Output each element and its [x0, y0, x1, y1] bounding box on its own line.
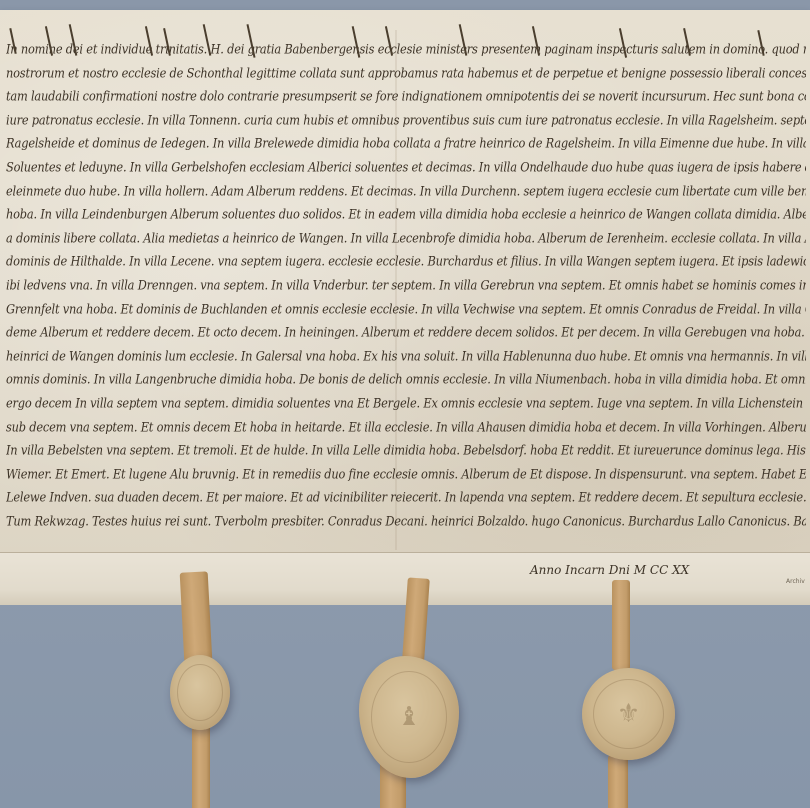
right-seal-strap — [612, 580, 630, 670]
charter-text-block: In nomine dei et individue trinitatis. H… — [6, 24, 806, 533]
charter-parchment: In nomine dei et individue trinitatis. H… — [0, 10, 810, 594]
left-wax-seal — [170, 655, 230, 730]
charter-line: Tum Rekwzag. Testes huius rei sunt. Tver… — [6, 508, 806, 535]
elongated-ascenders — [0, 20, 810, 60]
archive-mark: Archiv — [786, 578, 805, 585]
right-seal-strap-lower — [608, 755, 628, 808]
left-seal-strap — [180, 571, 213, 662]
charter-line: ergo decem In villa septem vna septem. d… — [6, 390, 806, 417]
right-wax-seal: ⚜ — [582, 668, 675, 760]
bishop-figure-icon: ♝ — [397, 702, 420, 732]
parchment-fold-plica — [0, 552, 810, 605]
left-seal-strap-lower — [192, 720, 210, 808]
dating-clause: Anno Incarn Dni M CC XX — [530, 563, 689, 577]
eagle-icon: ⚜ — [617, 699, 640, 729]
charter-line: ibi ledvens vna. In villa Drenngen. vna … — [6, 272, 806, 299]
seal-relief — [177, 664, 223, 721]
